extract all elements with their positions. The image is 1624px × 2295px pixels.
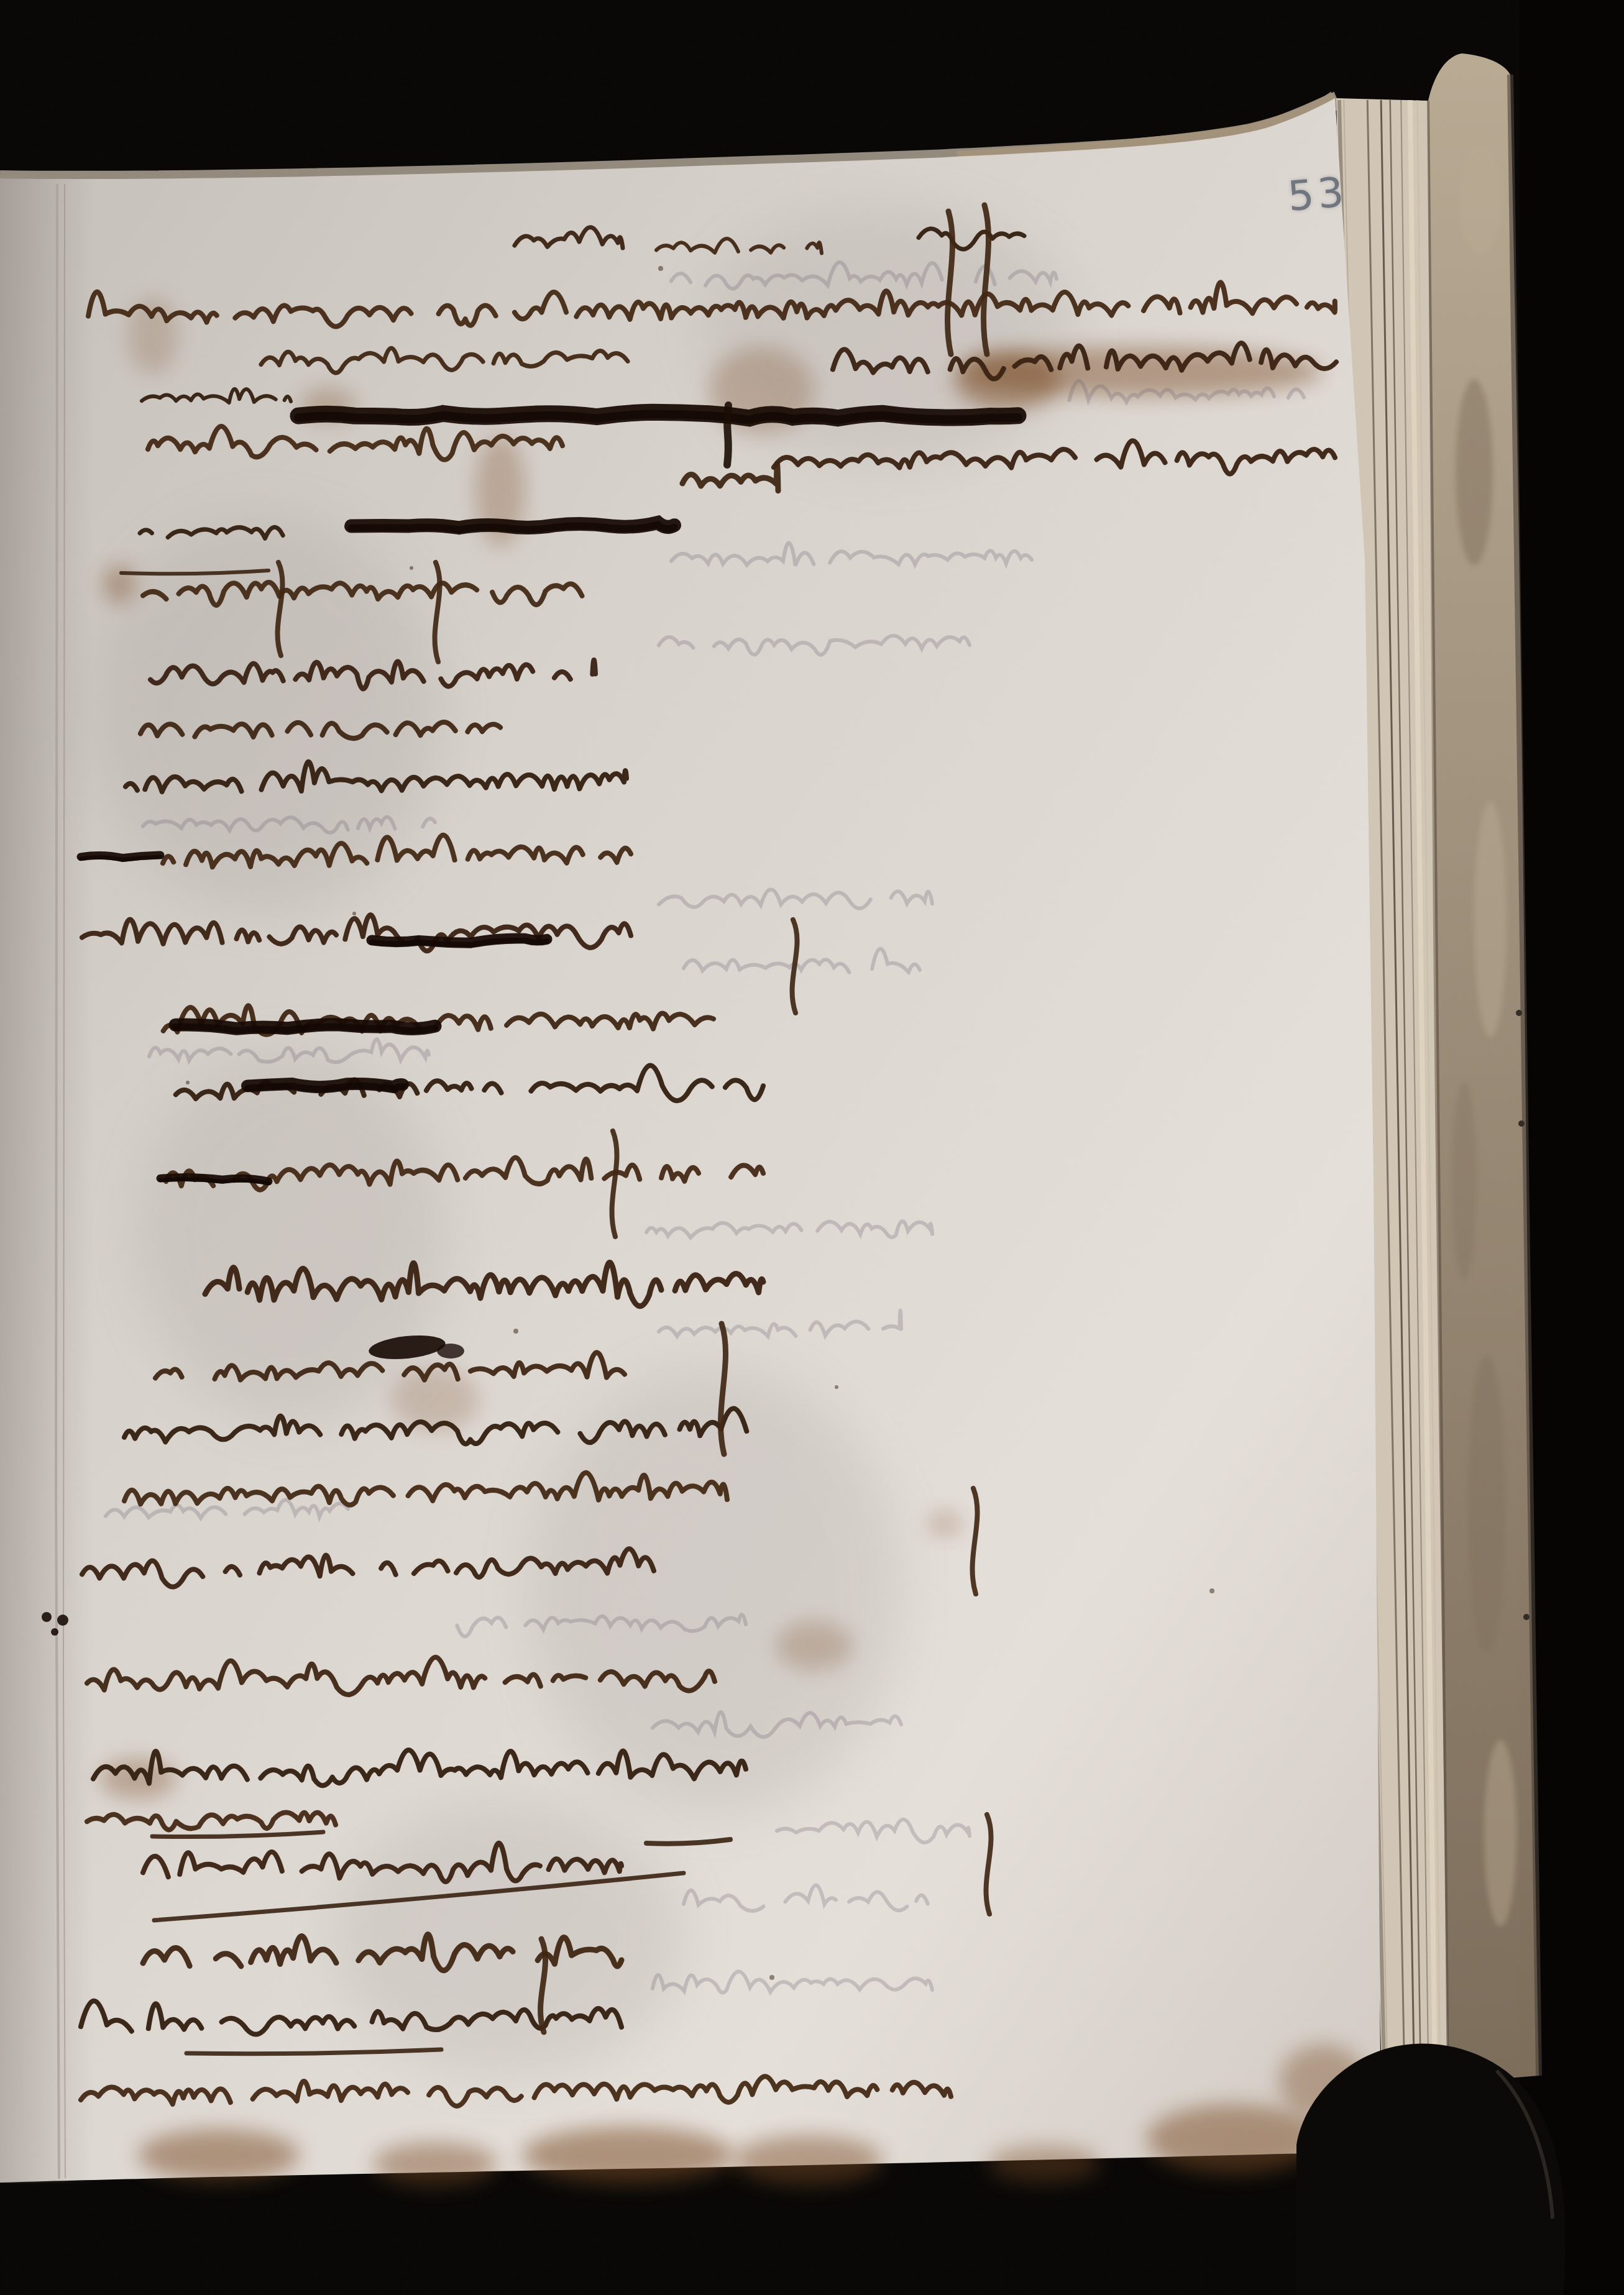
stain: [927, 1511, 962, 1536]
ink-dot: [51, 1628, 58, 1636]
ink-strikethrough-core: [247, 1086, 403, 1089]
stain: [776, 1621, 853, 1670]
ink-strikethrough-core: [81, 857, 160, 860]
manuscript-photo: 53: [0, 0, 1624, 2295]
ink-hook: [727, 405, 728, 465]
ink-speck: [186, 1081, 190, 1084]
ink-dot: [42, 1612, 52, 1622]
ink-speck: [352, 912, 356, 915]
stain: [988, 2145, 1100, 2183]
gutter-shadow: [0, 178, 93, 2183]
ink-dot: [57, 1615, 68, 1626]
stain: [733, 2135, 883, 2185]
stain: [522, 2127, 733, 2184]
ink-speck: [769, 1975, 774, 1980]
ink-speck: [658, 266, 663, 271]
ink-blot: [437, 1344, 464, 1358]
photo-canvas: [0, 0, 1624, 2295]
stain: [138, 2129, 300, 2181]
ink-speck: [835, 1385, 838, 1389]
showthrough-zone: [137, 1050, 447, 1423]
stain: [103, 564, 135, 604]
stain: [99, 1758, 177, 1799]
ink-strikethrough-core: [175, 1027, 435, 1031]
stain: [1147, 2104, 1321, 2174]
ink-speck: [410, 566, 413, 570]
showthrough-zone: [336, 1802, 684, 2076]
page-number: 53: [1286, 168, 1349, 221]
showthrough-zone: [528, 1367, 901, 1815]
ink-speck: [1209, 1588, 1214, 1593]
ink-speck: [513, 1329, 518, 1334]
stain: [373, 2142, 497, 2186]
